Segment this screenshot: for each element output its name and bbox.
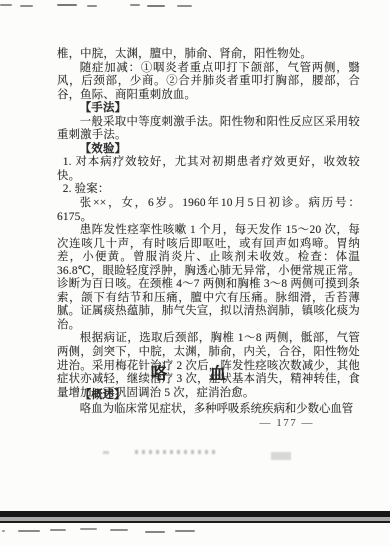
- scan-dash: [177, 5, 192, 7]
- scan-dash: [57, 4, 77, 6]
- scan-dash: [20, 5, 33, 7]
- bleed-smudge: [271, 452, 291, 460]
- body-continuation-line: 椎，中脘，太渊，膻中，肺俞、肾俞，阳性物处。: [57, 48, 360, 62]
- body-paragraph-technique: 一般采取中等度刺激手法。阳性物和阳性反应区采用较重刺激手法。: [57, 116, 360, 143]
- bottom-scan-band-line: [0, 521, 390, 523]
- scan-dash: [110, 529, 128, 531]
- scan-dash: [18, 530, 40, 532]
- scan-dash: [0, 4, 12, 6]
- overview-paragraph: 咯血为临床常见症状，多种呼吸系统疾病和少数心血管: [57, 403, 360, 417]
- case-description-paragraph: 患阵发性痉挛性咳嗽 1 个月，每天发作 15～20 次，每次连咳几十声，有时咳后…: [57, 224, 360, 332]
- bleed-smudge: [103, 451, 109, 454]
- scan-dash: [145, 531, 165, 533]
- scan-dash: [2, 530, 5, 532]
- book-page: 椎，中脘，太渊，膻中，肺俞、肾俞，阳性物处。 随症加减：①咽炎者重点叩打下颌部，…: [0, 0, 390, 546]
- list-item-2: 2. 验案：: [57, 183, 360, 197]
- scan-dash: [175, 530, 195, 532]
- case-intro-line: 张××，女，6岁。1960年10月5日初诊。病历号：6175。: [57, 197, 360, 224]
- body-paragraph-additions: 随症加减：①咽炎者重点叩打下颌部，气管两侧，翳风，后颈部，少商。②合并肺炎者重叩…: [57, 62, 360, 103]
- scan-dash: [147, 5, 165, 7]
- page-body-text: 椎，中脘，太渊，膻中，肺俞、肾俞，阳性物处。 随症加减：①咽炎者重点叩打下颌部，…: [57, 48, 360, 400]
- bleed-smudge: [135, 450, 218, 454]
- scan-dash: [130, 4, 140, 6]
- section-marker-technique: 【手法】: [57, 102, 360, 116]
- section-marker-efficacy: 【效验】: [57, 143, 360, 157]
- list-item-1: 1. 对本病疗效较好，尤其对初期患者疗效更好，收效较快。: [57, 156, 360, 183]
- page-number: — 177 —: [260, 417, 315, 429]
- scan-dash: [50, 529, 66, 531]
- overview-section: 【概述】 咯血为临床常见症状，多种呼吸系统疾病和少数心血管: [57, 389, 360, 416]
- section-marker-overview: 【概述】: [57, 389, 360, 403]
- scan-dash: [87, 5, 97, 7]
- scan-dash: [80, 528, 97, 530]
- chapter-heading: 咯 血: [0, 360, 390, 384]
